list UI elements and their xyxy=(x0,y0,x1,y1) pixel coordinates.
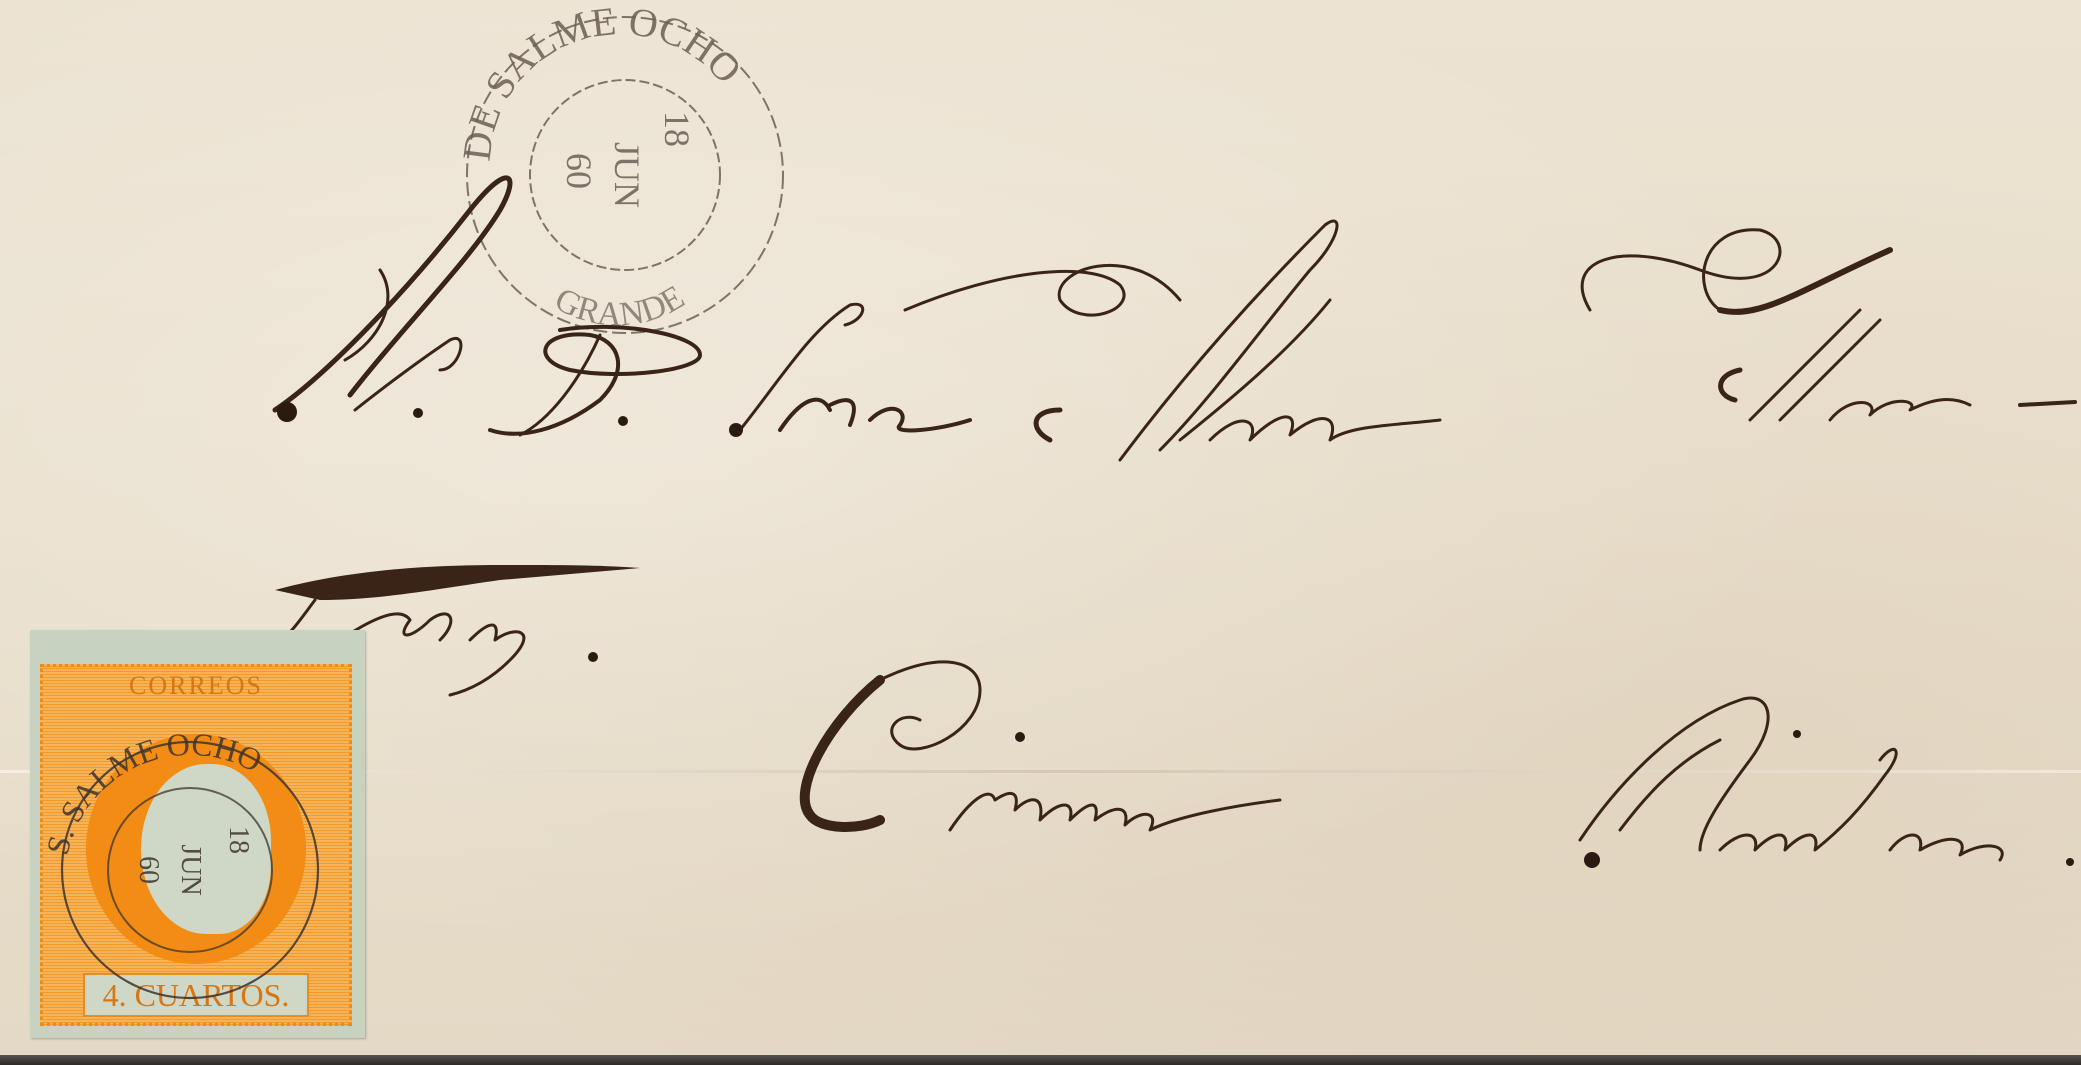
ink-d xyxy=(490,327,700,435)
ink-comercio xyxy=(805,662,1280,830)
cancel-month: JUN xyxy=(175,844,206,895)
ink-jose xyxy=(729,304,970,437)
stamp-cancellation: S. SALME OCHO 18 JUN 60 xyxy=(30,630,365,1038)
cancel-year: 60 xyxy=(133,856,164,884)
ink-sr xyxy=(275,178,510,422)
ink-ribadeo xyxy=(1580,698,2074,868)
ink-mar xyxy=(1582,230,2075,420)
cancel-day: 18 xyxy=(223,826,254,854)
postage-stamp: CORREOS 4. CUARTOS. S. SALME OCHO 18 JUN… xyxy=(30,630,365,1038)
ink-maria xyxy=(905,221,1440,460)
